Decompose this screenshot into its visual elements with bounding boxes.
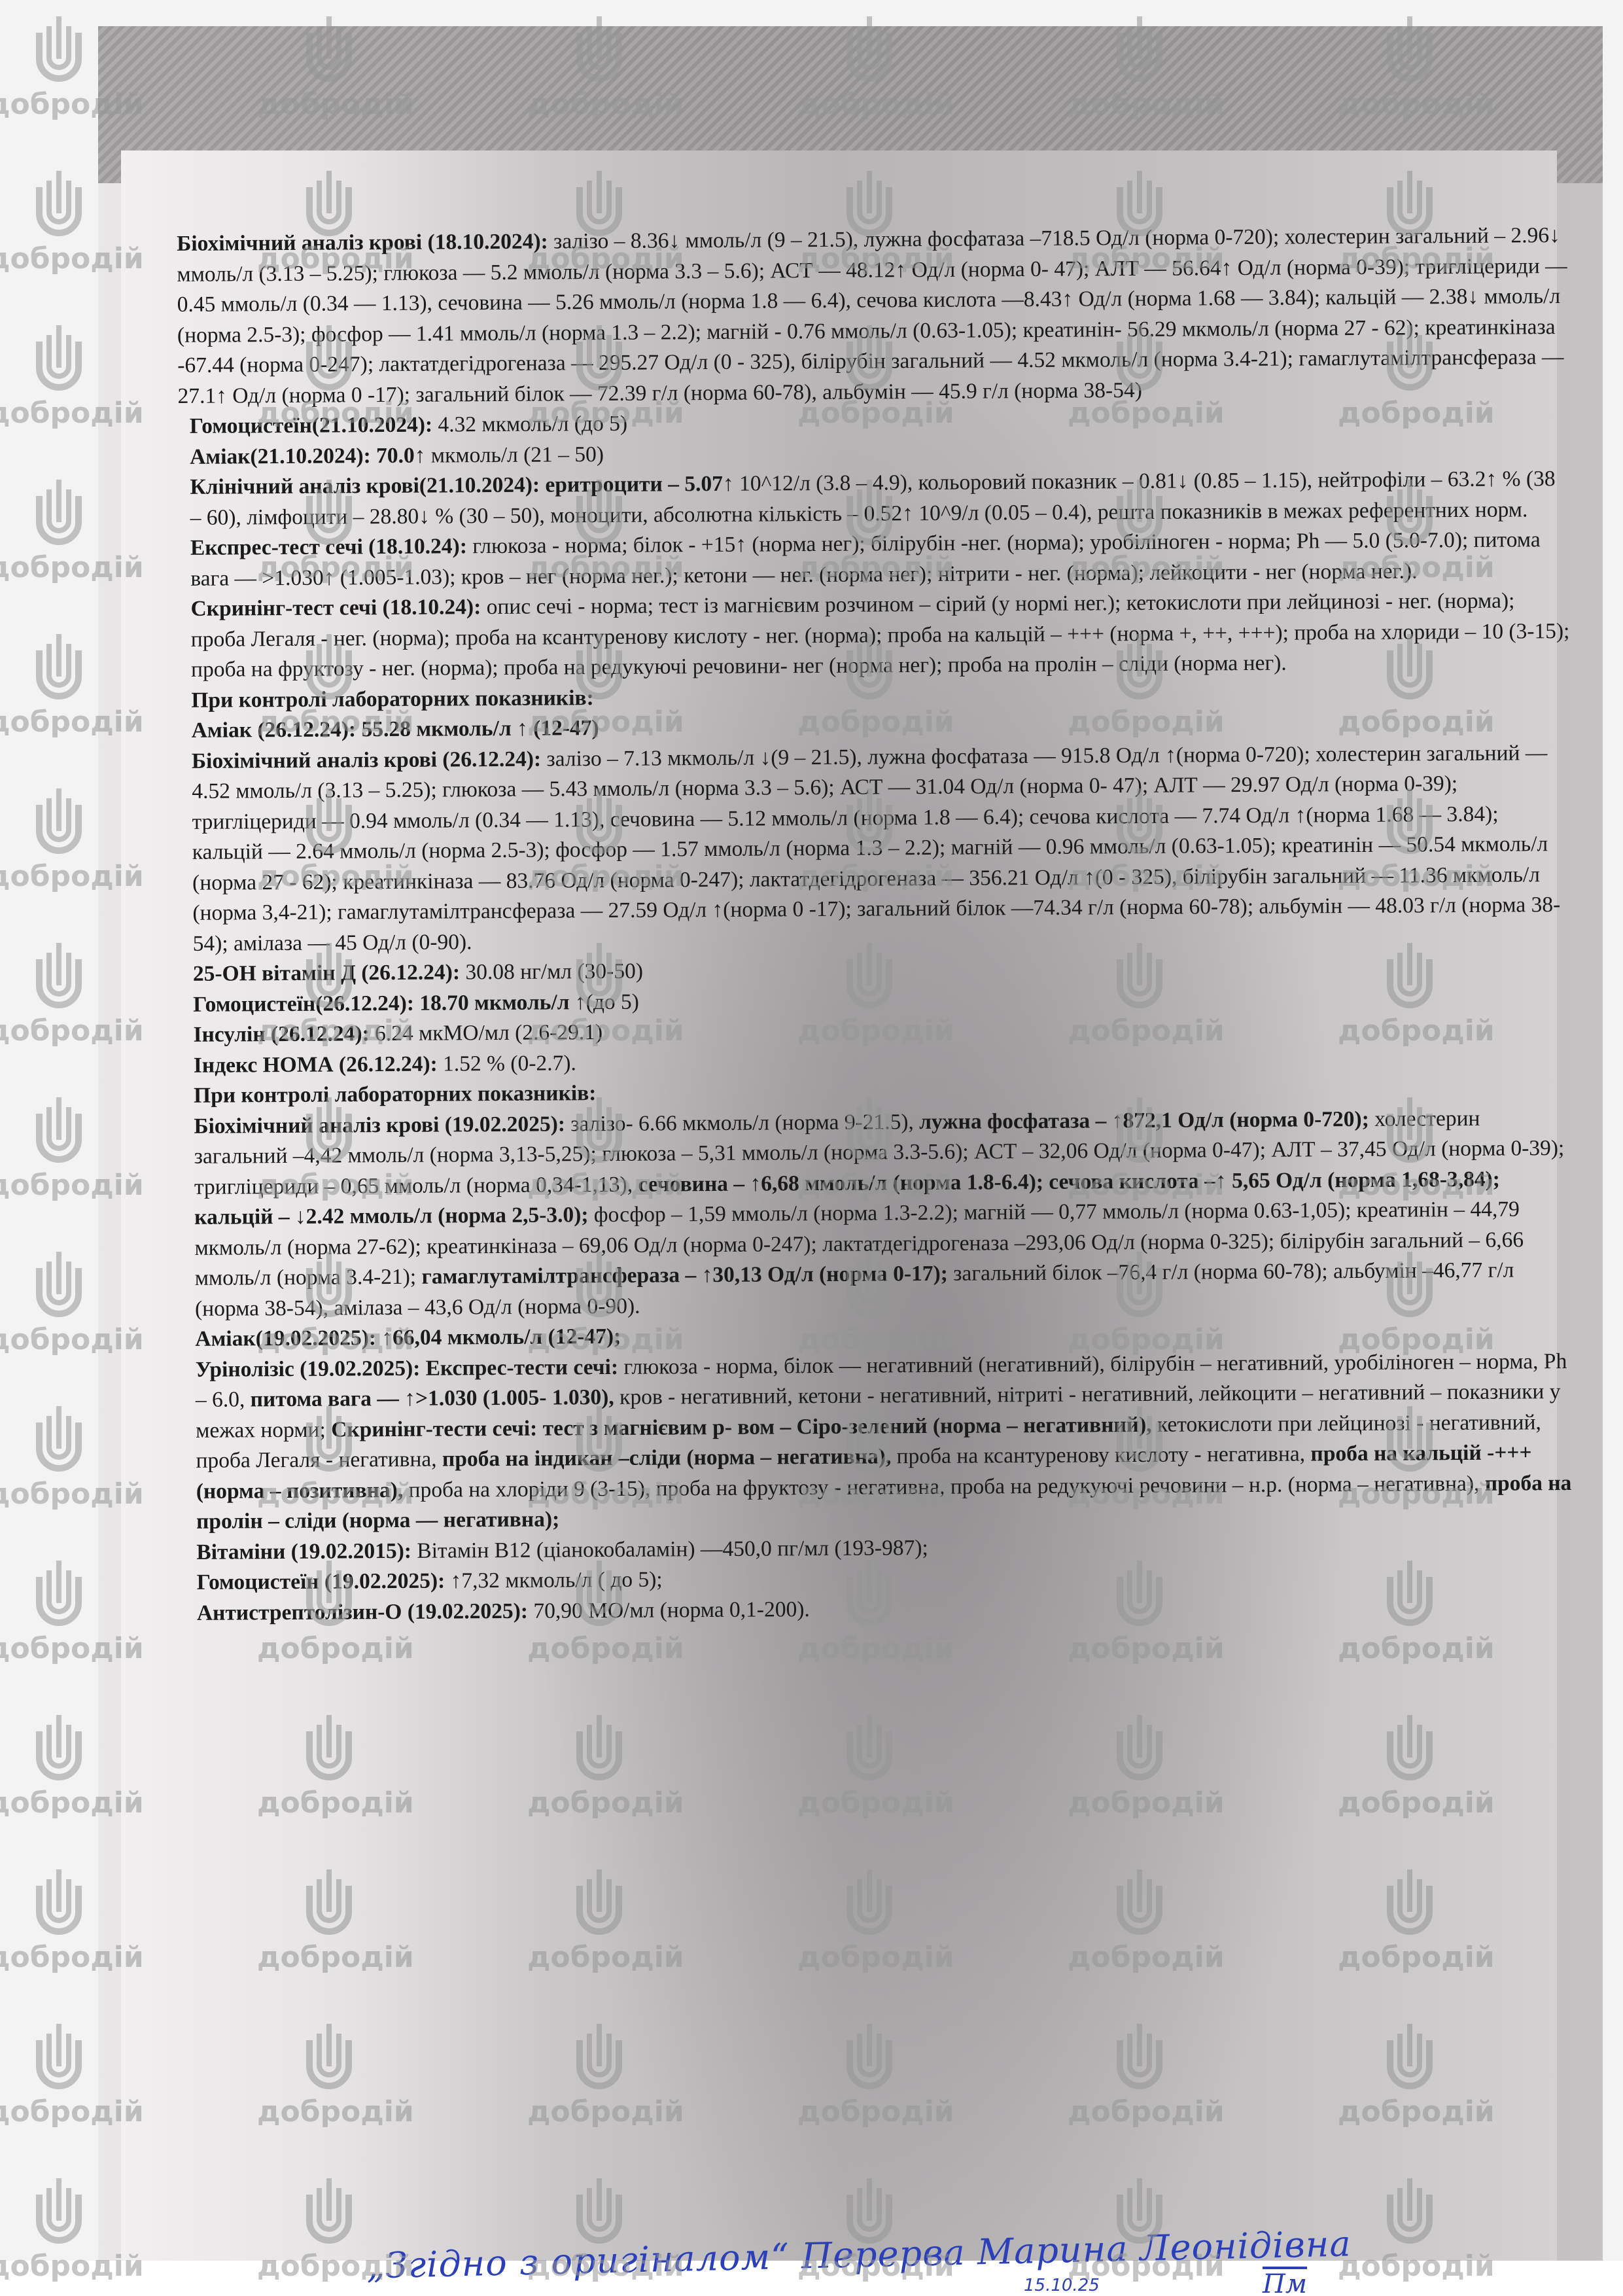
lab-value-text: Вітамін В12 (ціанокобаламін) —450,0 пг/м… [411, 1536, 928, 1563]
lab-heading-text: Скринінг-тест сечі (18.10.24): [190, 595, 481, 621]
lab-heading-text: Вітаміни (19.02.2015): [196, 1538, 411, 1564]
lab-heading-text: Гомоцистеїн (19.02.2025): [197, 1569, 445, 1595]
lab-value-text: 6.24 мкМО/мл (2.6-29.1) [370, 1020, 603, 1046]
lab-heading-text: При контролі лабораторних показників: [191, 686, 594, 713]
lab-heading-text: Клінічний аналіз крові(21.10.2024): ерит… [190, 472, 734, 499]
lab-heading-text: Гомоцистеїн(21.10.2024): [190, 413, 432, 438]
dobrodiy-logo-icon [33, 168, 85, 239]
lab-value-text: проба на ксантуренову кислоту - негативн… [891, 1441, 1310, 1468]
lab-heading-text: Урінолізіс (19.02.2025): Експрес-тести с… [196, 1354, 619, 1381]
lab-paragraph: Клінічний аналіз крові(21.10.2024): ерит… [178, 464, 1572, 533]
lab-value-text: 30.08 нг/мл (30-50) [460, 959, 643, 985]
lab-heading-text: Аміак(21.10.2024): 70.0↑ [190, 443, 426, 468]
lab-value-text: проба на хлоріди 9 (3-15), проба на фрук… [403, 1471, 1485, 1502]
lab-heading-text: Експрес-тест сечі (18.10.24): [190, 534, 467, 560]
lab-paragraph: Біохімічний аналіз крові (18.10.2024): з… [177, 221, 1571, 412]
lab-heading-text: проба на індикан –сліди (норма – негатив… [442, 1444, 891, 1471]
lab-paragraph: Біохімічний аналіз крові (26.12.24): зал… [180, 737, 1575, 959]
lab-value-text: 70,90 МО/мл (норма 0,1-200). [528, 1597, 810, 1623]
dobrodiy-logo-icon [33, 2021, 85, 2093]
lab-value-text: мкмоль/л (21 – 50) [425, 442, 604, 468]
dobrodiy-logo-icon [33, 631, 85, 703]
lab-heading-text: Антистрептолізин-О (19.02.2025): [197, 1598, 528, 1625]
lab-paragraph: Скринінг-тест сечі (18.10.24): опис сечі… [179, 586, 1573, 686]
dobrodiy-logo-icon [33, 1248, 85, 1320]
lab-heading-text: питома вага — ↑>1.030 (1.005- 1.030), [251, 1385, 614, 1411]
lab-value-text: ↑(до 5) [569, 989, 639, 1014]
lab-heading-text: Біохімічний аналіз крові (18.10.2024): [177, 230, 548, 256]
lab-heading-text: 25-ОН вітамін Д (26.12.24): [193, 960, 460, 985]
lab-paragraph: Експрес-тест сечі (18.10.24): глюкоза - … [179, 525, 1573, 594]
lab-heading-text: Аміак(19.02.2025): ↑66,04 мкмоль/л (12-4… [195, 1324, 621, 1351]
lab-heading-text: Біохімічний аналіз крові (19.02.2025): [194, 1112, 565, 1138]
dobrodiy-logo-icon [33, 1557, 85, 1629]
lab-value-text: залізо- 6.66 мкмоль/л (норма 9-21.5), [565, 1110, 919, 1136]
dobrodiy-logo-icon [33, 1094, 85, 1166]
dobrodiy-logo-icon [33, 1712, 85, 1784]
lab-heading-text: При контролі лабораторних показників: [194, 1081, 597, 1108]
lab-heading-text: Гомоцистеїн(26.12.24): 18.70 мкмоль/л [193, 990, 569, 1017]
dobrodiy-logo-icon [33, 476, 85, 548]
dobrodiy-logo-icon [33, 13, 85, 85]
lab-heading-text: Індекс НОМА (26.12.24): [194, 1051, 438, 1077]
dobrodiy-logo-icon [33, 1866, 85, 1938]
lab-heading-text: Інсулін (26.12.24): [193, 1021, 369, 1047]
lab-value-text: 1.52 % (0-2.7). [438, 1051, 576, 1076]
lab-value-text: ↑7,32 мкмоль/л ( до 5); [445, 1568, 663, 1593]
lab-heading-text: Скринінг-тести сечі: тест з магнієвим р-… [331, 1412, 1152, 1441]
lab-results-text: Біохімічний аналіз крові (18.10.2024): з… [177, 221, 1579, 1629]
lab-heading-text: Біохімічний аналіз крові (26.12.24): [192, 747, 541, 773]
lab-paragraph: Урінолізіс (19.02.2025): Експрес-тести с… [184, 1346, 1579, 1537]
dobrodiy-logo-icon [33, 322, 85, 394]
lab-heading-text: Аміак (26.12.24): 55.28 мкмоль/л ↑ (12-4… [192, 716, 599, 743]
lab-paragraph: Біохімічний аналіз крові (19.02.2025): з… [182, 1103, 1577, 1324]
dobrodiy-logo-icon [33, 785, 85, 857]
lab-heading-text: гамаглутамілтрансфераза – ↑30,13 Од/л (н… [421, 1262, 948, 1289]
dobrodiy-logo-icon [33, 1403, 85, 1475]
lab-value-text: 4.32 мкмоль/л (до 5) [432, 412, 627, 437]
lab-heading-text: лужна фосфатаза – ↑872,1 Од/л (норма 0-7… [919, 1106, 1369, 1133]
handwritten-initials: Пм [1263, 2269, 1307, 2296]
handwritten-date: 15.10.25 [1024, 2276, 1100, 2295]
dobrodiy-logo-icon [33, 940, 85, 1012]
lab-value-text: залізо – 7.13 мкмоль/л ↓(9 – 21.5), лужн… [192, 741, 1560, 956]
dobrodiy-logo-icon [33, 2175, 85, 2247]
